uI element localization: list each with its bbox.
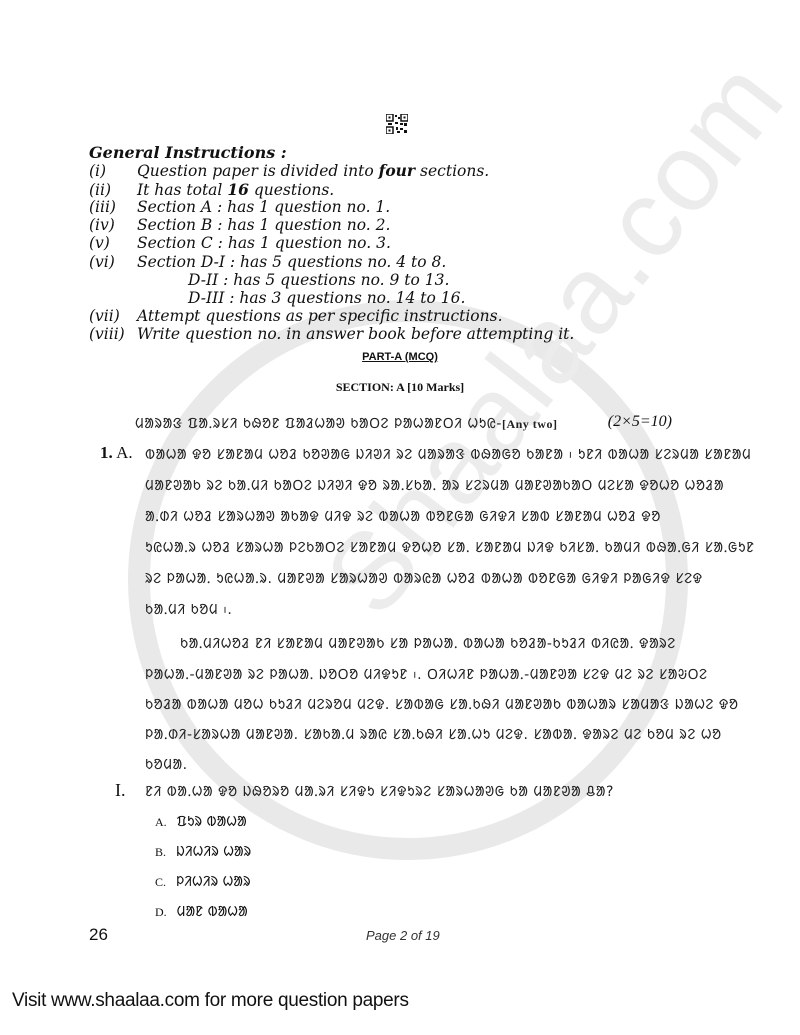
instruction-item: (v)Section C : has 1 question no. 3.	[89, 234, 391, 253]
paragraph-line: ᱟᱹᱰᱤ ᱦᱚᱲ ᱥᱟᱨᱦᱟᱣ ᱟᱠᱟᱫ ᱢᱤᱫ ᱨᱮ ᱵᱟᱦᱟ ᱵᱚᱱᱜᱟ ᱜ…	[145, 507, 661, 526]
instruction-item: (viii)Write question no. in answer book …	[89, 325, 574, 344]
instruction-item: (vi)Section D-I : has 5 questions no. 4 …	[89, 253, 446, 272]
marks-label: (2×5=10)	[608, 413, 672, 431]
qr-code-icon	[386, 114, 408, 134]
paragraph-line: ᱵᱟᱦᱟ ᱫᱚ ᱥᱟᱱᱟᱢ ᱦᱚᱲ ᱠᱚᱣᱟᱜ ᱡᱤᱣᱤ ᱨᱮ ᱢᱟᱨᱟᱝ ᱵᱷ…	[145, 445, 751, 464]
paragraph-line: ᱞᱟᱹᱰᱤ-ᱥᱟᱨᱦᱟ ᱢᱟᱱᱣᱟ. ᱥᱟᱠᱟᱹᱢ ᱨᱟᱭ ᱥᱟᱹᱠᱷᱤ ᱥᱟᱹ…	[145, 725, 722, 744]
subquestion-text: ᱱᱤ ᱵᱟᱹᱦᱟ ᱫᱚ ᱡᱷᱚᱨᱚ ᱢᱟᱹᱨᱤ ᱥᱤᱫᱩ ᱥᱤᱫᱩᱨᱮ ᱥᱟᱨᱦ…	[145, 782, 614, 801]
section-instruction: ᱢᱟᱨᱟᱝ ᱯᱟᱹᱨᱥᱤ ᱠᱷᱚᱱ ᱯᱟᱲᱦᱟᱣ ᱠᱟᱛᱮ ᱞᱟᱦᱟᱱᱛᱤ ᱦᱩ…	[135, 414, 557, 433]
part-heading: PART-A (MCQ)	[0, 351, 800, 363]
section-heading: SECTION: A [10 Marks]	[0, 380, 800, 395]
paragraph-line: ᱢᱟᱱᱣᱟᱠ ᱨᱮ ᱠᱟᱹᱢᱤ ᱠᱟᱛᱮ ᱡᱤᱣᱤ ᱫᱚ ᱨᱟᱹᱥᱠᱟᱹ ᱟᱨ …	[145, 476, 724, 495]
option-c: C.ᱞᱤᱦᱤᱨ ᱦᱟᱨ	[155, 872, 251, 891]
instruction-item: (iv)Section B : has 1 question no. 2.	[89, 216, 390, 235]
promo-footer-link[interactable]: Visit www.shaalaa.com for more question …	[12, 990, 409, 1012]
instruction-item: (iii)Section A : has 1 question no. 1.	[89, 198, 390, 217]
paragraph-line: ᱠᱟᱹᱢᱤ ᱠᱚᱢ ᱾.	[145, 600, 232, 619]
instruction-subitem: D-III : has 3 questions no. 14 to 16.	[188, 289, 465, 307]
instruction-item: (ii)It has total 16 questions.	[89, 180, 334, 200]
option-d: D.ᱢᱟᱱ ᱵᱟᱦᱟ	[155, 902, 248, 921]
paragraph-line: ᱠᱟᱹᱢᱤᱦᱚᱲ ᱱᱤ ᱥᱟᱱᱟᱢ ᱢᱟᱱᱣᱟᱠ ᱥᱟ ᱞᱟᱦᱟᱹ ᱵᱟᱦᱟ ᱠ…	[180, 634, 676, 653]
document-page: General Instructions : (i)Question paper…	[0, 0, 800, 1035]
page-code: 26	[89, 925, 108, 945]
paragraph-line: ᱠᱚᱢᱟ.	[145, 755, 188, 774]
instructions-title: General Instructions :	[89, 143, 287, 162]
subquestion-number: I.	[115, 780, 126, 801]
option-a: A.ᱯᱩᱨ ᱵᱟᱦᱟ	[155, 812, 247, 831]
paragraph-line: ᱞᱟᱦᱟᱹ-ᱢᱟᱱᱣᱟ ᱨᱮ ᱞᱟᱦᱟᱹ ᱡᱚᱛᱚ ᱢᱤᱫᱩᱱ ᱾. ᱛᱤᱦᱤᱱ…	[145, 665, 708, 684]
page-indicator: Page 2 of 19	[366, 928, 440, 943]
instruction-subitem: D-II : has 5 questions no. 9 to 13.	[188, 271, 449, 289]
paragraph-line: ᱨᱮ ᱞᱟᱦᱟᱹ ᱩᱭᱦᱟᱹᱨ. ᱢᱟᱱᱣᱟ ᱥᱟᱨᱦᱟᱣ ᱵᱟᱨᱭᱟ ᱦᱚᱲ …	[145, 569, 703, 588]
instruction-item: (vii)Attempt questions as per specific i…	[89, 307, 503, 326]
paragraph-line: ᱠᱚᱲᱟ ᱵᱟᱦᱟ ᱢᱚᱦ ᱠᱩᱲᱤ ᱢᱮᱨᱚᱢ ᱢᱮᱫ. ᱥᱟᱵᱟᱜ ᱥᱟᱹᱠ…	[145, 695, 739, 714]
paragraph-line: ᱩᱭᱦᱟᱹᱨ ᱦᱚᱲ ᱥᱟᱨᱦᱟ ᱞᱮᱠᱟᱛᱮ ᱥᱟᱱᱟᱢ ᱫᱚᱦᱚ ᱥᱟᱹ ᱥ…	[145, 538, 754, 557]
instruction-item: (i)Question paper is divided into four s…	[89, 161, 489, 181]
option-b: B.ᱡᱤᱦᱤᱨ ᱦᱟᱨ	[155, 842, 251, 861]
question-number: 1. A.	[100, 443, 133, 463]
